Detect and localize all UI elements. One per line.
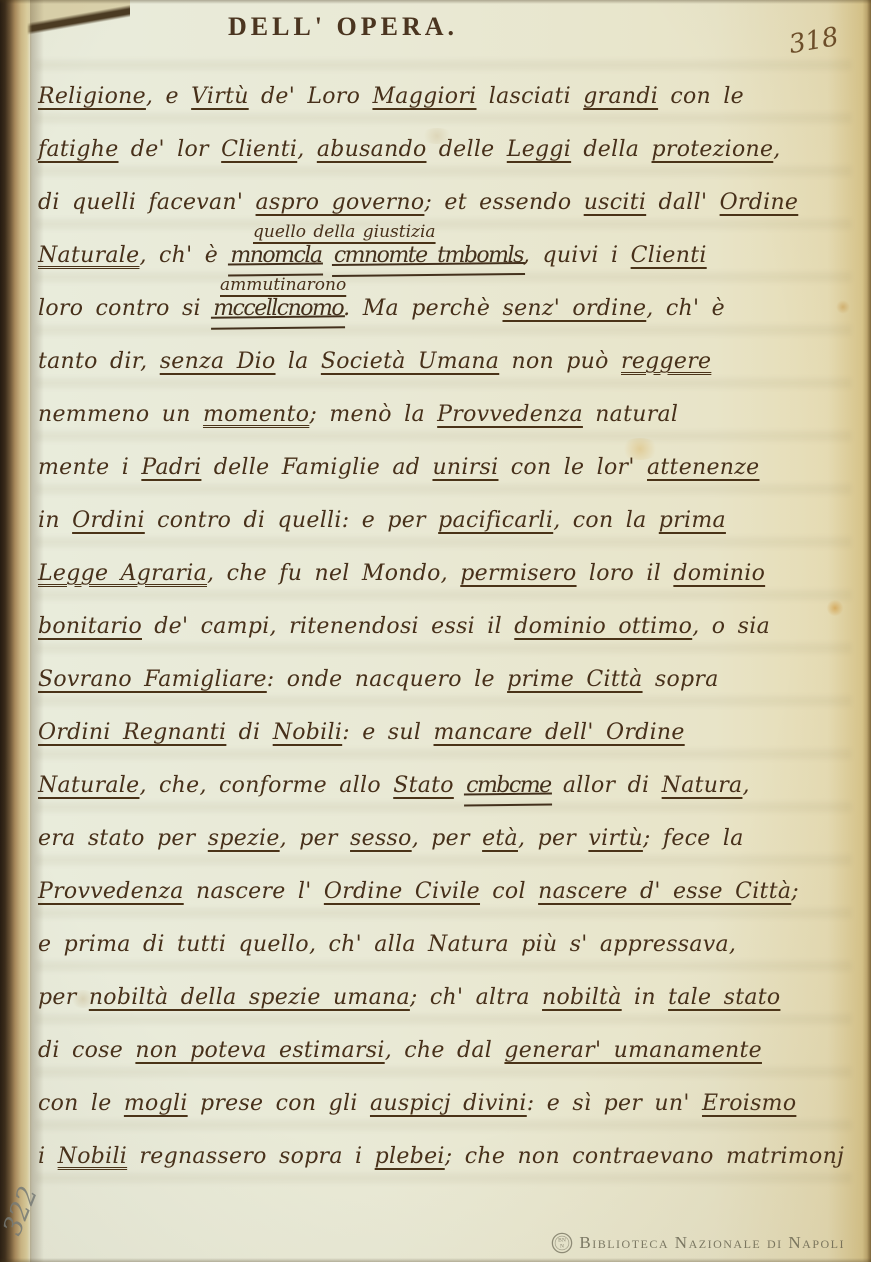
manuscript-line: per nobiltà della spezie umana; ch' altr… bbox=[38, 971, 855, 1024]
library-watermark: BN N Biblioteca Nazionale di Napoli bbox=[551, 1232, 845, 1254]
handwritten-text: usciti bbox=[584, 190, 647, 215]
handwritten-text: i bbox=[38, 1144, 58, 1169]
svg-text:N: N bbox=[560, 1244, 564, 1250]
manuscript-line: nemmeno un momento; menò la Provvedenza … bbox=[38, 388, 855, 441]
handwritten-text: , e bbox=[146, 84, 191, 109]
handwritten-text: Provvedenza bbox=[437, 402, 583, 427]
manuscript-line: Legge Agraria, che fu nel Mondo, permise… bbox=[38, 547, 855, 600]
struck-out-text: mccellcnomo bbox=[213, 296, 343, 321]
manuscript-line: quello della giustiziaNaturale, ch' è mn… bbox=[38, 229, 855, 282]
handwritten-text: e prima di tutti quello, ch' alla Natura… bbox=[38, 932, 736, 957]
handwritten-text: , per bbox=[412, 826, 482, 851]
handwritten-text: Maggiori bbox=[372, 84, 476, 109]
handwritten-text: , che, conforme allo bbox=[139, 773, 393, 798]
handwritten-text: prima bbox=[659, 508, 726, 533]
handwritten-text: non poteva estimarsi bbox=[135, 1038, 384, 1063]
manuscript-line: e prima di tutti quello, ch' alla Natura… bbox=[38, 918, 855, 971]
handwritten-text: , bbox=[297, 137, 317, 162]
handwritten-text: plebei bbox=[375, 1144, 445, 1169]
handwritten-text: con le lor' bbox=[498, 455, 647, 480]
handwritten-text: Ordine bbox=[720, 190, 799, 215]
handwritten-text: prime Città bbox=[507, 667, 642, 692]
handwritten-text: loro il bbox=[577, 561, 674, 586]
page-title: DELL' OPERA. bbox=[228, 12, 458, 42]
handwritten-text: , o sia bbox=[692, 614, 770, 639]
handwritten-text: ; menò la bbox=[309, 402, 437, 427]
manuscript-line: i Nobili regnassero sopra i plebei; che … bbox=[38, 1130, 855, 1183]
handwritten-text: reggere bbox=[621, 349, 711, 374]
manuscript-line: Provvedenza nascere l' Ordine Civile col… bbox=[38, 865, 855, 918]
handwritten-text: senza Dio bbox=[160, 349, 276, 374]
handwritten-text: della bbox=[571, 137, 651, 162]
manuscript-line: con le mogli prese con gli auspicj divin… bbox=[38, 1077, 855, 1130]
library-watermark-label: Biblioteca Nazionale di Napoli bbox=[579, 1233, 845, 1253]
handwritten-text: Clienti bbox=[631, 243, 707, 268]
handwritten-text: grandi bbox=[583, 84, 658, 109]
handwritten-text: nascere d' esse Città bbox=[538, 879, 791, 904]
handwritten-text: regnassero sopra i bbox=[127, 1144, 375, 1169]
handwritten-text: Virtù bbox=[191, 84, 249, 109]
bnn-monogram-icon: BN N bbox=[551, 1232, 573, 1254]
handwritten-text: de' campi, ritenendosi essi il bbox=[142, 614, 514, 639]
manuscript-line: fatighe de' lor Clienti, abusando delle … bbox=[38, 123, 855, 176]
handwritten-text: aspro governo bbox=[256, 190, 425, 215]
handwritten-text: : onde nacquero le bbox=[267, 667, 507, 692]
handwritten-text: natural bbox=[583, 402, 678, 427]
handwritten-text: Nobili bbox=[58, 1144, 128, 1169]
handwritten-text: unirsi bbox=[432, 455, 498, 480]
handwritten-text: : e sul bbox=[342, 720, 433, 745]
handwritten-text: ; et essendo bbox=[424, 190, 583, 215]
handwritten-text: , ch' è bbox=[139, 243, 230, 268]
handwritten-text: mogli bbox=[124, 1091, 188, 1116]
interlinear-insertion: quello della giustizia bbox=[253, 224, 436, 241]
handwritten-text: con le bbox=[658, 84, 744, 109]
handwritten-text: loro contro si bbox=[38, 296, 213, 321]
handwritten-text: era stato per bbox=[38, 826, 208, 851]
handwritten-text: , che dal bbox=[385, 1038, 505, 1063]
handwritten-text: delle bbox=[427, 137, 507, 162]
manuscript-line: in Ordini contro di quelli: e per pacifi… bbox=[38, 494, 855, 547]
handwritten-text: generar' umanamente bbox=[504, 1038, 762, 1063]
page-edge-right bbox=[867, 0, 871, 1262]
handwritten-text: tanto dir, bbox=[38, 349, 160, 374]
handwritten-text: dall' bbox=[646, 190, 719, 215]
handwritten-text: di bbox=[226, 720, 272, 745]
handwritten-text: Stato bbox=[393, 773, 454, 798]
handwritten-text: nemmeno un bbox=[38, 402, 203, 427]
handwritten-text: sesso bbox=[350, 826, 412, 851]
handwritten-text: mancare dell' Ordine bbox=[434, 720, 685, 745]
handwritten-text: senz' ordine bbox=[502, 296, 646, 321]
manuscript-line: tanto dir, senza Dio la Società Umana no… bbox=[38, 335, 855, 388]
handwritten-text: prese con gli bbox=[188, 1091, 370, 1116]
handwritten-text: delle Famiglie ad bbox=[201, 455, 432, 480]
handwritten-text: : e sì per un' bbox=[527, 1091, 702, 1116]
handwritten-text: di cose bbox=[38, 1038, 135, 1063]
manuscript-line: Ordini Regnanti di Nobili: e sul mancare… bbox=[38, 706, 855, 759]
handwritten-text: dominio bbox=[673, 561, 765, 586]
handwritten-text: Ordini bbox=[72, 508, 145, 533]
handwritten-text: spezie bbox=[208, 826, 280, 851]
handwritten-text: , bbox=[773, 137, 780, 162]
handwritten-text: lasciati bbox=[477, 84, 584, 109]
handwritten-text: ; che non contraevano matrimonj bbox=[445, 1144, 844, 1169]
handwritten-text: in bbox=[38, 508, 72, 533]
handwritten-text: de' Loro bbox=[249, 84, 373, 109]
handwritten-text: Provvedenza bbox=[38, 879, 184, 904]
page-edge-top bbox=[0, 0, 871, 4]
handwritten-text: Naturale bbox=[38, 243, 139, 268]
handwritten-text: in bbox=[622, 985, 668, 1010]
handwritten-text: de' lor bbox=[119, 137, 222, 162]
handwritten-text: attenenze bbox=[647, 455, 760, 480]
manuscript-line: mente i Padri delle Famiglie ad unirsi c… bbox=[38, 441, 855, 494]
handwritten-text: ; fece la bbox=[643, 826, 744, 851]
handwritten-text: Naturale bbox=[38, 773, 139, 798]
book-binding-gutter bbox=[0, 0, 32, 1262]
handwritten-text: sopra bbox=[643, 667, 719, 692]
handwritten-text: ; ch' altra bbox=[410, 985, 542, 1010]
handwritten-text: , per bbox=[518, 826, 588, 851]
handwritten-text: per bbox=[38, 985, 89, 1010]
handwritten-text: , quivi i bbox=[523, 243, 631, 268]
handwritten-text: , con la bbox=[553, 508, 659, 533]
handwritten-text: , che fu nel Mondo, bbox=[207, 561, 460, 586]
handwritten-text: nobiltà bbox=[542, 985, 622, 1010]
struck-out-text: cmnomte tmbomls bbox=[334, 243, 523, 268]
manuscript-scan: DELL' OPERA. 318 322 Religione, e Virtù … bbox=[0, 0, 871, 1262]
handwritten-text: Religione bbox=[38, 84, 146, 109]
page-edge-bottom bbox=[0, 1258, 871, 1262]
handwritten-text: ; bbox=[791, 879, 799, 904]
handwritten-text: Clienti bbox=[221, 137, 297, 162]
manuscript-line: di quelli facevan' aspro governo; et ess… bbox=[38, 176, 855, 229]
handwritten-text: Eroismo bbox=[702, 1091, 796, 1116]
manuscript-line: ammutinaronoloro contro si mccellcnomo. … bbox=[38, 282, 855, 335]
handwritten-text: allor di bbox=[551, 773, 662, 798]
struck-out-text: cmbcme bbox=[466, 773, 550, 798]
handwritten-text: . Ma perchè bbox=[343, 296, 502, 321]
handwritten-text: di quelli facevan' bbox=[38, 190, 256, 215]
handwritten-text: Ordini Regnanti bbox=[38, 720, 226, 745]
handwritten-text: permisero bbox=[460, 561, 576, 586]
handwritten-text: Ordine Civile bbox=[324, 879, 480, 904]
handwritten-text: età bbox=[482, 826, 518, 851]
manuscript-line: Religione, e Virtù de' Loro Maggiori las… bbox=[38, 70, 855, 123]
manuscript-line: Naturale, che, conforme allo Stato cmbcm… bbox=[38, 759, 855, 812]
handwritten-text: abusando bbox=[317, 137, 427, 162]
manuscript-line: bonitario de' campi, ritenendosi essi il… bbox=[38, 600, 855, 653]
handwritten-text: fatighe bbox=[38, 137, 119, 162]
manuscript-line: era stato per spezie, per sesso, per età… bbox=[38, 812, 855, 865]
handwritten-text: bonitario bbox=[38, 614, 142, 639]
handwritten-text: tale stato bbox=[668, 985, 780, 1010]
handwritten-text: contro di quelli: e per bbox=[145, 508, 438, 533]
handwritten-text: col bbox=[480, 879, 538, 904]
handwritten-text: momento bbox=[203, 402, 309, 427]
manuscript-body: Religione, e Virtù de' Loro Maggiori las… bbox=[38, 70, 855, 1183]
handwritten-text: , per bbox=[280, 826, 350, 851]
manuscript-line: Sovrano Famigliare: onde nacquero le pri… bbox=[38, 653, 855, 706]
handwritten-text: pacificarli bbox=[438, 508, 553, 533]
manuscript-line: di cose non poteva estimarsi, che dal ge… bbox=[38, 1024, 855, 1077]
handwritten-text: nobiltà della spezie umana bbox=[89, 985, 410, 1010]
handwritten-text: Natura bbox=[662, 773, 743, 798]
handwritten-text: nascere l' bbox=[184, 879, 324, 904]
handwritten-text: Sovrano Famigliare bbox=[38, 667, 267, 692]
struck-out-text: mnomcla bbox=[230, 243, 321, 268]
handwritten-text: non può bbox=[499, 349, 621, 374]
handwritten-text: Padri bbox=[141, 455, 201, 480]
handwritten-text: Legge Agraria bbox=[38, 561, 207, 586]
handwritten-text: dominio ottimo bbox=[514, 614, 692, 639]
handwritten-text: virtù bbox=[588, 826, 643, 851]
handwritten-text: protezione bbox=[652, 137, 774, 162]
handwritten-text: mente i bbox=[38, 455, 141, 480]
handwritten-text: auspicj divini bbox=[370, 1091, 527, 1116]
handwritten-text: , ch' è bbox=[646, 296, 725, 321]
handwritten-text: con le bbox=[38, 1091, 124, 1116]
handwritten-text: la bbox=[276, 349, 321, 374]
handwritten-text: , bbox=[742, 773, 749, 798]
handwritten-text: Leggi bbox=[507, 137, 571, 162]
handwritten-text: Società Umana bbox=[321, 349, 499, 374]
interlinear-insertion: ammutinarono bbox=[220, 277, 346, 294]
folio-number: 318 bbox=[787, 22, 841, 60]
handwritten-text: Nobili bbox=[273, 720, 343, 745]
